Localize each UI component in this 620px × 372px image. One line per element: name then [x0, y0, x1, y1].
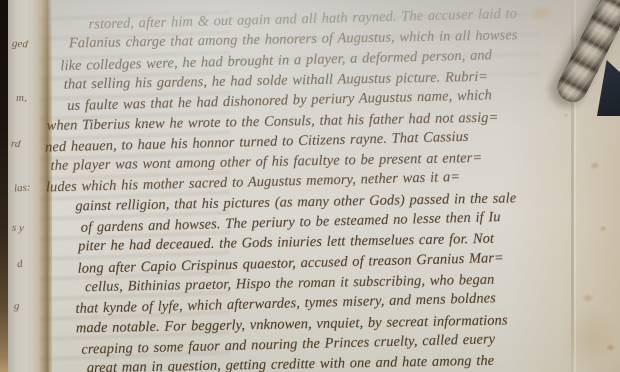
handwriting-block: rstored, after him & out again and all h… [0, 0, 620, 372]
manuscript-photo: ged m, rd las: s y d g rstored, after hi… [0, 0, 620, 372]
